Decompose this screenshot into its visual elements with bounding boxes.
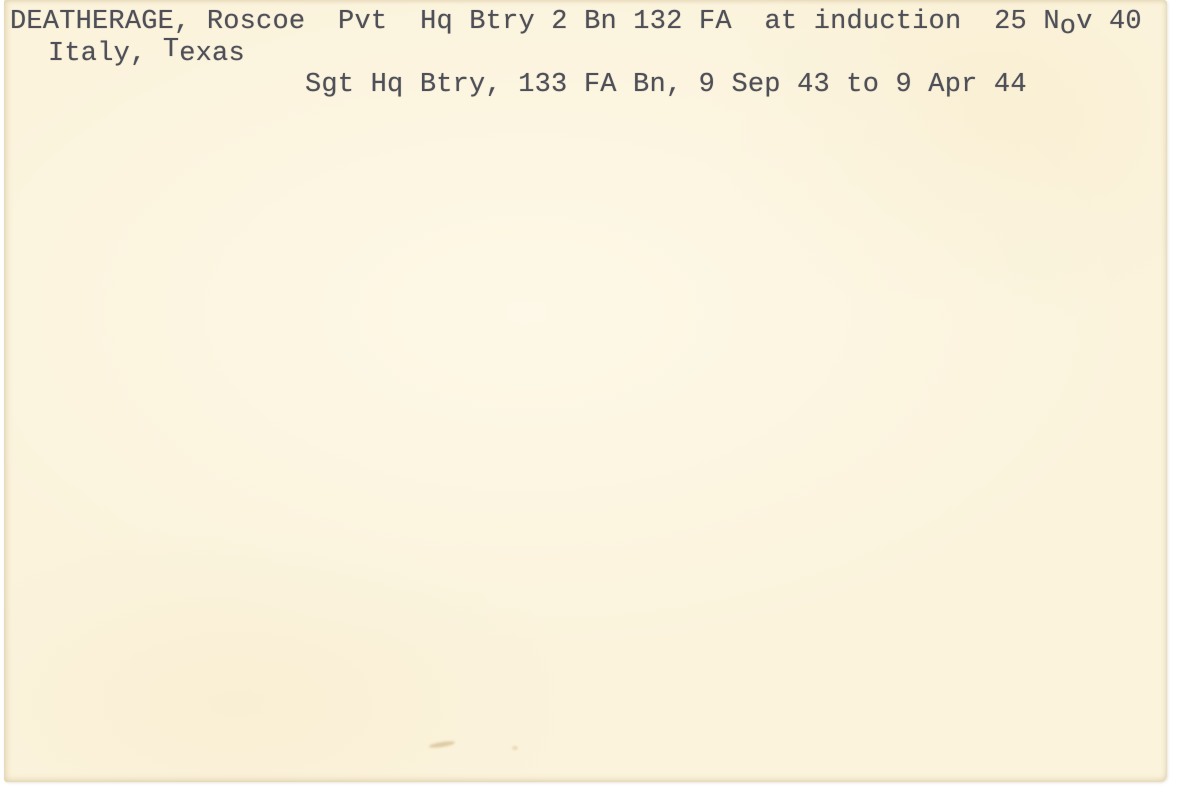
index-card: DEATHERAGE, Roscoe Pvt Hq Btry 2 Bn 132 … bbox=[4, 0, 1167, 782]
line2-raised-letter-t: T bbox=[163, 35, 179, 65]
scan-background: DEATHERAGE, Roscoe Pvt Hq Btry 2 Bn 132 … bbox=[0, 0, 1191, 793]
card-line-service-record: Sgt Hq Btry, 133 FA Bn, 9 Sep 43 to 9 Ap… bbox=[305, 72, 1027, 99]
line2-tail-text: exas bbox=[179, 39, 245, 69]
line1-dropped-letter-o: o bbox=[1060, 12, 1076, 42]
line1-tail-text: v 40 bbox=[1076, 7, 1142, 37]
line1-main-text: DEATHERAGE, Roscoe Pvt Hq Btry 2 Bn 132 … bbox=[10, 7, 1060, 37]
card-line-name-rank-unit: DEATHERAGE, Roscoe Pvt Hq Btry 2 Bn 132 … bbox=[10, 9, 1142, 36]
line2-main-text: Italy, bbox=[48, 39, 163, 69]
card-line-hometown: Italy, Texas bbox=[48, 41, 245, 68]
paper-speck bbox=[512, 746, 518, 750]
pencil-smudge bbox=[429, 740, 455, 749]
